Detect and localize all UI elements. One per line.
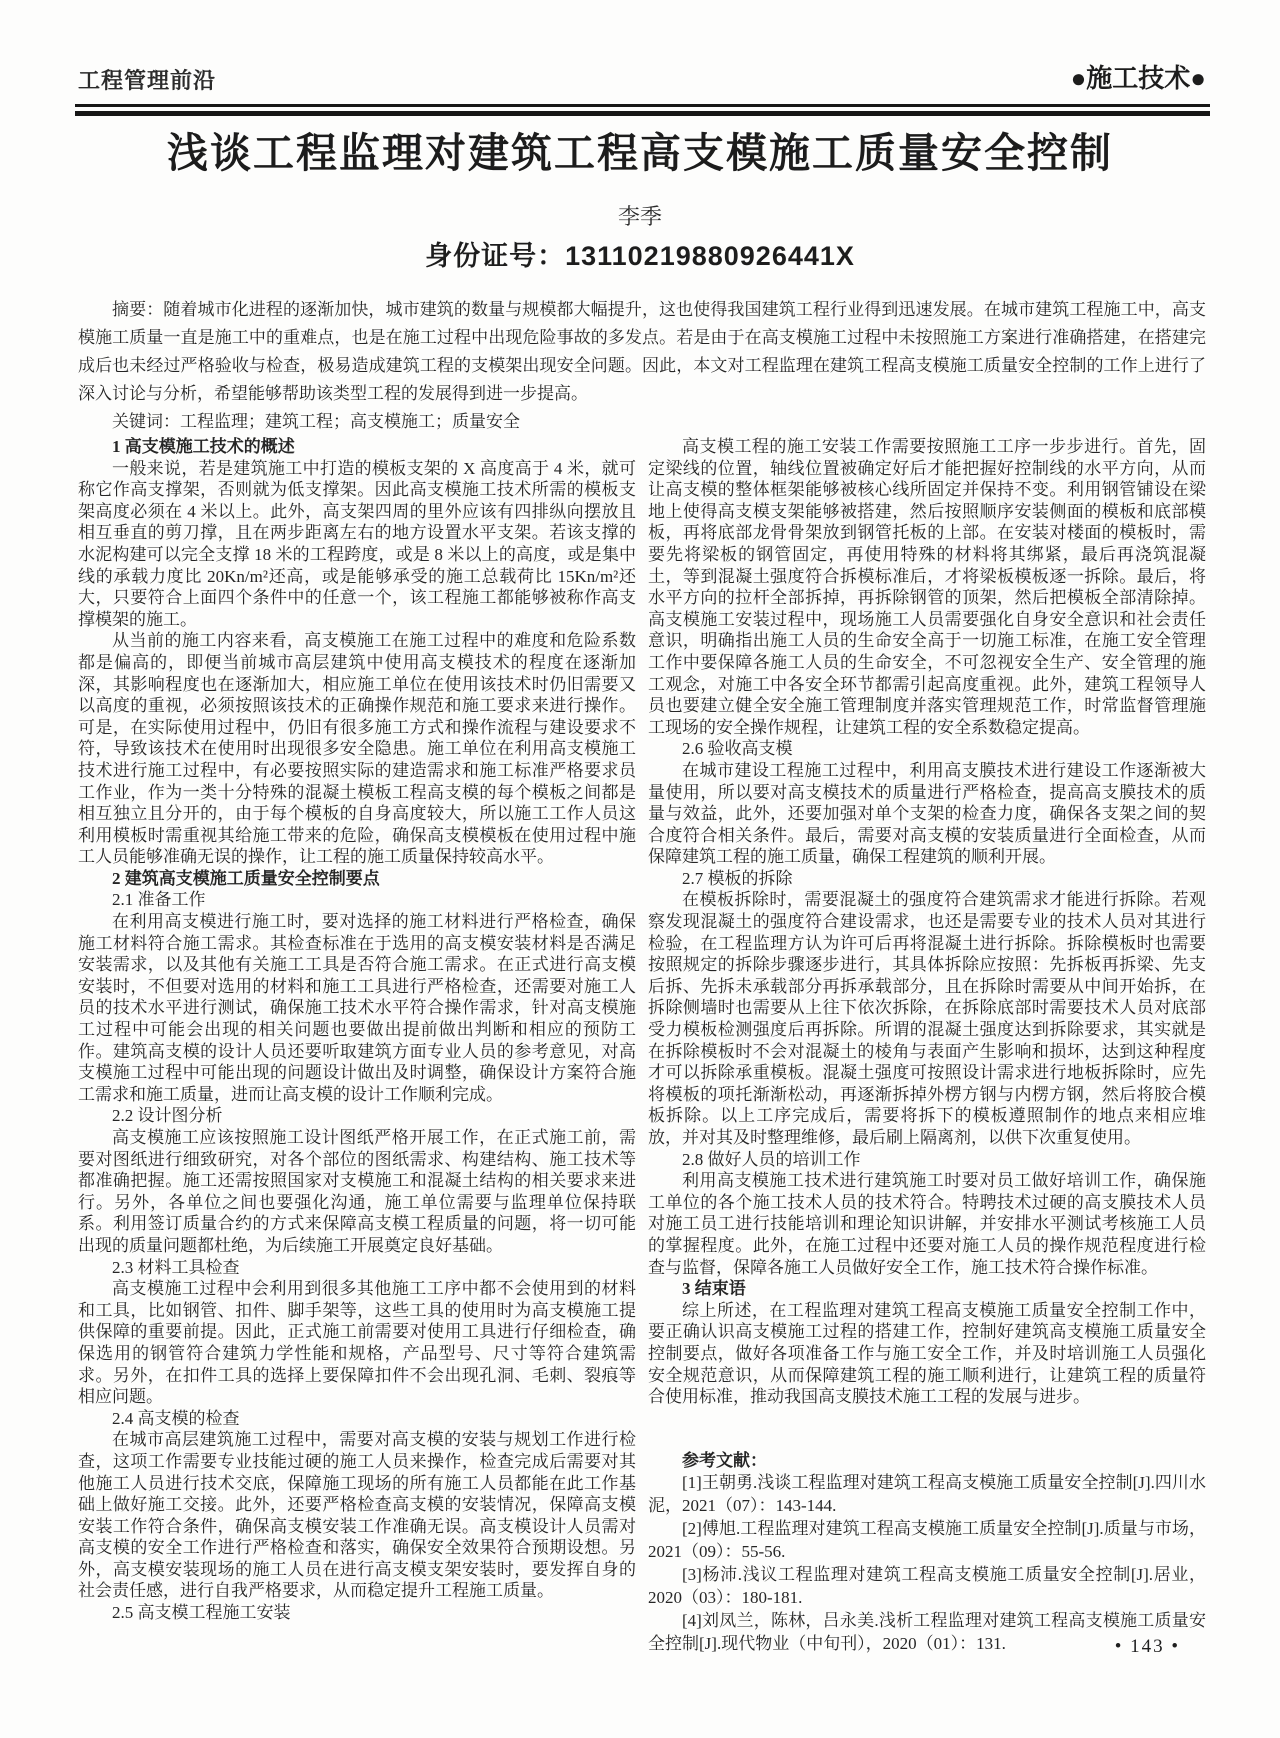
paragraph: 在城市建设工程施工过程中，利用高支膜技术进行建设工作逐渐被大量使用，所以要对高支…: [648, 760, 1206, 868]
subsection-heading: 2.7 模板的拆除: [648, 868, 1206, 890]
author-id-line: 身份证号：13110219880926441X: [0, 234, 1280, 273]
references-heading: 参考文献：: [648, 1450, 1206, 1472]
article-author: 李季: [0, 200, 1280, 231]
header-double-rule: [75, 104, 1210, 116]
subsection-heading: 2.2 设计图分析: [78, 1105, 636, 1127]
paragraph: 利用高支模施工技术进行建筑施工时要对员工做好培训工作，确保施工单位的各个施工技术…: [648, 1170, 1206, 1278]
paragraph: 从当前的施工内容来看，高支模施工在施工过程中的难度和危险系数都是偏高的，即便当前…: [78, 630, 636, 868]
keywords-line: 关键词：工程监理；建筑工程；高支模施工；质量安全: [78, 408, 1206, 436]
abstract-text: 摘要：随着城市化进程的逐渐加快，城市建筑的数量与规模都大幅提升，这也使得我国建筑…: [78, 296, 1206, 408]
paragraph: 在模板拆除时，需要混凝土的强度符合建筑需求才能进行拆除。若观察发现混凝土的强度符…: [648, 889, 1206, 1148]
subsection-heading: 2.4 高支模的检查: [78, 1408, 636, 1430]
section-heading: 2 建筑高支模施工质量安全控制要点: [78, 868, 636, 890]
column-section-label: 工程管理前沿: [78, 64, 216, 95]
subsection-heading: 2.3 材料工具检查: [78, 1257, 636, 1279]
paragraph: 综上所述，在工程监理对建筑工程高支模施工质量安全控制工作中，要正确认识高支模施工…: [648, 1300, 1206, 1408]
masthead: 工程管理前沿 ●施工技术●: [78, 58, 1206, 95]
subsection-heading: 2.1 准备工作: [78, 889, 636, 911]
subsection-heading: 2.6 验收高支模: [648, 738, 1206, 760]
journal-section-label: ●施工技术●: [1071, 58, 1206, 95]
left-column: 1 高支模施工技术的概述一般来说，若是建筑施工中打造的模板支架的 X 高度高于 …: [78, 436, 636, 1655]
body-columns: 1 高支模施工技术的概述一般来说，若是建筑施工中打造的模板支架的 X 高度高于 …: [78, 436, 1206, 1655]
reference-item: [1]王朝勇.浅谈工程监理对建筑工程高支模施工质量安全控制[J].四川水泥，20…: [648, 1471, 1206, 1517]
paragraph: 一般来说，若是建筑施工中打造的模板支架的 X 高度高于 4 米，就可称它作高支撑…: [78, 458, 636, 631]
paragraph: 高支模工程的施工安装工作需要按照施工工序一步步进行。首先，固定梁线的位置，轴线位…: [648, 436, 1206, 738]
reference-item: [3]杨沛.浅议工程监理对建筑工程高支模施工质量安全控制[J].居业，2020（…: [648, 1563, 1206, 1609]
paragraph: 在利用高支模进行施工时，要对选择的施工材料进行严格检查，确保施工材料符合施工需求…: [78, 911, 636, 1105]
section-heading: 1 高支模施工技术的概述: [78, 436, 636, 458]
paragraph: 高支模施工过程中会利用到很多其他施工工序中都不会使用到的材料和工具，比如钢管、扣…: [78, 1278, 636, 1408]
article-title: 浅谈工程监理对建筑工程高支模施工质量安全控制: [0, 120, 1280, 179]
reference-item: [2]傅旭.工程监理对建筑工程高支模施工质量安全控制[J].质量与市场，2021…: [648, 1517, 1206, 1563]
subsection-heading: 2.5 高支模工程施工安装: [78, 1602, 636, 1624]
paragraph: 在城市高层建筑施工过程中，需要对高支模的安装与规划工作进行检查，这项工作需要专业…: [78, 1429, 636, 1602]
subsection-heading: 2.8 做好人员的培训工作: [648, 1149, 1206, 1171]
journal-page: 工程管理前沿 ●施工技术● 浅谈工程监理对建筑工程高支模施工质量安全控制 李季 …: [0, 0, 1280, 1738]
paragraph: 高支模施工应该按照施工设计图纸严格开展工作，在正式施工前，需要对图纸进行细致研究…: [78, 1127, 636, 1257]
page-number: • 143 •: [1115, 1636, 1180, 1658]
abstract-block: 摘要：随着城市化进程的逐渐加快，城市建筑的数量与规模都大幅提升，这也使得我国建筑…: [78, 296, 1206, 436]
right-column: 高支模工程的施工安装工作需要按照施工工序一步步进行。首先，固定梁线的位置，轴线位…: [648, 436, 1206, 1655]
section-heading: 3 结束语: [648, 1278, 1206, 1300]
